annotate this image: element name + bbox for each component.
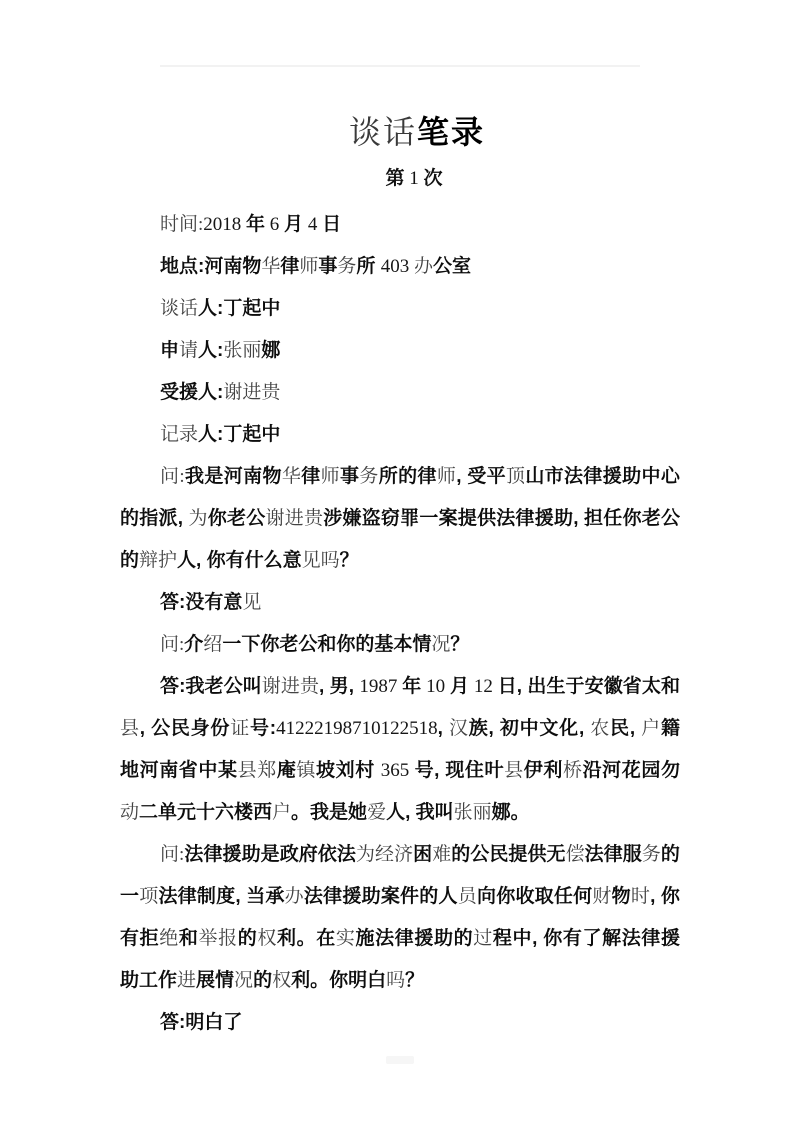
text-segment: 为: [189, 508, 208, 529]
text-segment: 顶: [506, 466, 525, 487]
text-segment: 师: [299, 256, 318, 277]
text-segment: 年: [402, 676, 421, 697]
text-segment: 受援人:: [160, 382, 223, 403]
text-segment: 为经济: [356, 844, 413, 865]
text-segment: ,: [438, 718, 449, 739]
text-segment: 张丽: [454, 802, 492, 823]
text-segment: 4: [303, 214, 322, 235]
text-segment: 人:丁起中: [198, 424, 280, 445]
text-segment: 户: [272, 802, 291, 823]
text-segment: 事: [318, 256, 337, 277]
text-segment: 户: [641, 718, 661, 739]
text-segment: 绝: [159, 928, 179, 949]
text-segment: 况: [431, 634, 450, 655]
text-segment: 号, 现住叶: [415, 760, 505, 781]
text-segment: 见: [242, 592, 261, 613]
text-segment: 谈话: [160, 298, 198, 319]
doc-title: 谈话笔录: [137, 108, 697, 156]
text-segment: 庵: [277, 760, 297, 781]
text-segment: 1: [409, 168, 419, 189]
text-segment: 展情: [196, 970, 234, 991]
paragraph: 答:没有意见: [120, 582, 680, 624]
text-segment: 务: [359, 466, 378, 487]
paragraph: 答:我老公叫谢进贵, 男, 1987 年 10 月 12 日, 出生于安徽省太和…: [120, 666, 680, 834]
text-segment: 所的律: [379, 466, 437, 487]
text-segment: 爱: [367, 802, 386, 823]
text-segment: 403: [381, 256, 414, 277]
text-segment: 汉: [449, 718, 469, 739]
text-segment: , 出生于安徽省太和: [517, 676, 680, 697]
meta-line: 记录人:丁起中: [120, 414, 680, 456]
meta-line: 受援人:谢进贵: [120, 372, 680, 414]
meta-line: 地点:河南物华律师事务所 403 办公室: [120, 246, 680, 288]
document-page: 谈话笔录 第 1 次 时间:2018 年 6 月 4 日地点:河南物华律师事务所…: [0, 0, 800, 1132]
text-segment: 一下你老公和你的基本情: [222, 634, 431, 655]
text-segment: 谢进贵: [223, 382, 280, 403]
doc-subtitle: 第 1 次: [134, 164, 694, 194]
text-segment: 偿: [566, 844, 585, 865]
text-segment: 过: [473, 928, 493, 949]
text-segment: 娜: [261, 340, 280, 361]
text-segment: 华: [261, 256, 280, 277]
text-segment: 权: [257, 928, 277, 949]
text-segment: 县: [120, 718, 140, 739]
text-segment: , 男,: [319, 676, 359, 697]
text-segment: ？: [450, 634, 469, 655]
text-segment: 务: [337, 256, 356, 277]
text-segment: 的公民提供无: [451, 844, 565, 865]
text-segment: 人:丁起中: [198, 298, 280, 319]
text-segment: 事: [340, 466, 359, 487]
text-segment: 问:: [160, 466, 185, 487]
text-segment: 答:我老公叫: [160, 676, 262, 697]
meta-line: 申请人:张丽娜: [120, 330, 680, 372]
text-segment: 我是河南物: [185, 466, 282, 487]
text-segment: 民,: [610, 718, 641, 739]
text-segment: 你老公: [208, 508, 266, 529]
text-segment: 师: [437, 466, 456, 487]
text-segment: 办: [285, 886, 304, 907]
text-segment: 次: [419, 168, 443, 189]
text-segment: 沿河花园勿: [583, 760, 680, 781]
text-segment: 月: [450, 676, 469, 697]
text-segment: 10: [421, 676, 450, 697]
text-segment: 1987: [359, 676, 402, 697]
text-segment: 动: [120, 802, 139, 823]
text-segment: 员: [458, 886, 477, 907]
text-segment: 向你收取任何: [477, 886, 592, 907]
text-segment: 律: [301, 466, 320, 487]
text-segment: 二单元十六楼西: [139, 802, 272, 823]
text-segment: 日: [322, 214, 341, 235]
text-segment: 日: [498, 676, 517, 697]
text-segment: 施法律援助的: [355, 928, 473, 949]
text-segment: 人, 你有什么意: [177, 550, 302, 571]
text-segment: 地点:河南物: [160, 256, 261, 277]
text-segment: 谢进贵: [265, 508, 323, 529]
text-segment: 时间:: [160, 214, 203, 235]
text-segment: 法律援助是政府依法: [184, 844, 356, 865]
text-segment: 张丽: [223, 340, 261, 361]
text-segment: 师: [321, 466, 340, 487]
text-segment: 进: [177, 970, 196, 991]
text-segment: 法律援助案件的人: [304, 886, 458, 907]
text-segment: 介: [184, 634, 203, 655]
text-segment: , 受平: [456, 466, 506, 487]
text-segment: 人, 我叫: [386, 802, 454, 823]
text-segment: 县: [504, 760, 524, 781]
text-segment: 娜。: [492, 802, 530, 823]
text-segment: 12: [469, 676, 498, 697]
text-segment: 桥: [563, 760, 583, 781]
meta-line: 时间:2018 年 6 月 4 日: [120, 204, 680, 246]
text-segment: 伊利: [524, 760, 563, 781]
text-segment: 绍: [203, 634, 222, 655]
text-segment: 6: [265, 214, 284, 235]
text-segment: 务: [642, 844, 661, 865]
text-segment: 问:: [160, 844, 184, 865]
text-segment: 县郑: [238, 760, 277, 781]
text-segment: 笔录: [417, 114, 485, 150]
text-segment: 吗: [386, 970, 405, 991]
paragraph: 问:法律援助是政府依法为经济困难的公民提供无偿法律服务的一项法律制度, 当承办法…: [120, 834, 680, 1002]
text-segment: 2018: [203, 214, 246, 235]
text-segment: 所: [356, 256, 380, 277]
text-segment: 财: [592, 886, 611, 907]
paragraph: 答:明白了: [120, 1002, 680, 1044]
text-segment: 权: [272, 970, 291, 991]
text-segment: 举报: [199, 928, 238, 949]
text-segment: 请: [179, 340, 198, 361]
text-segment: 41222198710122518: [276, 718, 438, 739]
footer-watermark: [386, 1056, 414, 1064]
text-segment: 问:: [160, 634, 184, 655]
text-segment: 的: [253, 970, 272, 991]
text-segment: 第: [385, 168, 409, 189]
paragraph: 问:我是河南物华律师事务所的律师, 受平顶山市法律援助中心的指派, 为你老公谢进…: [120, 456, 680, 582]
text-segment: 镇: [296, 760, 316, 781]
text-segment: 申: [160, 340, 179, 361]
text-segment: 号:: [250, 718, 276, 739]
text-segment: 答:明白了: [160, 1012, 242, 1033]
top-divider-line: [160, 65, 640, 67]
text-segment: 时: [631, 886, 650, 907]
document-body: 谈话笔录 第 1 次 时间:2018 年 6 月 4 日地点:河南物华律师事务所…: [120, 108, 680, 1044]
text-segment: 的: [238, 928, 258, 949]
text-segment: 华: [282, 466, 301, 487]
text-segment: 答:没有意: [160, 592, 242, 613]
text-segment: 辩护: [139, 550, 177, 571]
text-segment: 农: [590, 718, 610, 739]
text-segment: 法律服: [585, 844, 642, 865]
text-segment: 项: [139, 886, 158, 907]
text-segment: 记录: [160, 424, 198, 445]
paragraph: 问:介绍一下你老公和你的基本情况？: [120, 624, 680, 666]
text-segment: 律: [280, 256, 299, 277]
text-segment: 年: [246, 214, 265, 235]
text-segment: 办: [414, 256, 433, 277]
text-segment: 证: [230, 718, 250, 739]
text-segment: 坡刘村: [316, 760, 381, 781]
text-segment: 谢进贵: [262, 676, 319, 697]
text-segment: , 公民身份: [140, 718, 230, 739]
text-segment: 况: [234, 970, 253, 991]
text-segment: 族, 初中文化,: [469, 718, 591, 739]
meta-line: 谈话人:丁起中: [120, 288, 680, 330]
text-segment: 人:: [198, 340, 223, 361]
text-segment: 见吗: [302, 550, 340, 571]
text-segment: 365: [381, 760, 415, 781]
text-segment: 谈话: [349, 114, 417, 150]
text-segment: 困: [413, 844, 432, 865]
text-segment: 法律制度, 当承: [158, 886, 284, 907]
text-segment: ？: [405, 970, 424, 991]
text-segment: 难: [432, 844, 451, 865]
text-segment: 物: [612, 886, 631, 907]
transcript-content: 时间:2018 年 6 月 4 日地点:河南物华律师事务所 403 办公室谈话人…: [120, 204, 680, 1044]
text-segment: 利。在: [277, 928, 336, 949]
text-segment: ？: [340, 550, 359, 571]
text-segment: 公室: [433, 256, 471, 277]
text-segment: 实: [336, 928, 356, 949]
text-segment: 利。你明白: [291, 970, 386, 991]
text-segment: 。我是她: [291, 802, 367, 823]
text-segment: 和: [179, 928, 199, 949]
text-segment: 月: [284, 214, 303, 235]
